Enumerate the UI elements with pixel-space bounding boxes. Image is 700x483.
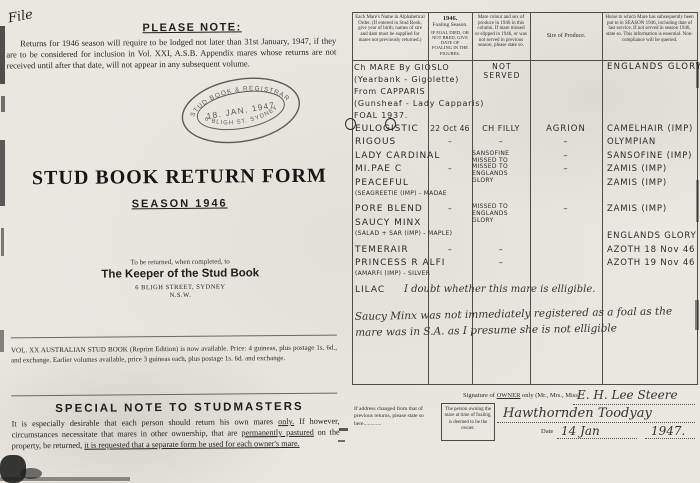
binding-mark	[1, 228, 4, 256]
mare-stallion: ZAMIS (IMP)	[602, 164, 697, 174]
date-received-stamp: STUD BOOK & REGISTRAR 6 BLIGH ST. SYDNEY…	[174, 68, 307, 154]
mare-sire: –	[530, 204, 602, 214]
mare-name: PORE BLEND	[352, 204, 428, 214]
mare-stallion: AZOTH 19 Nov 46	[602, 258, 697, 268]
mare-stallion: AZOTH 18 Nov 46	[602, 245, 697, 255]
first-entry-line2: (Yearbank - Gigolette)	[354, 74, 474, 86]
saucy-minx-note: Saucy Minx was not immediately registere…	[355, 303, 692, 341]
header-foaling-label: Foaling Season.	[431, 22, 469, 28]
edge-mark	[696, 62, 699, 88]
special-note-part1: It is especially desirable that each per…	[12, 417, 279, 428]
mare-row: (AMARFI (IMP) - SILVER	[352, 271, 697, 284]
volume-availability-note: VOL. XX AUSTRALIAN STUD BOOK (Reprint Ed…	[11, 343, 337, 366]
mare-row: RIGOUS–––OLYMPIAN	[352, 137, 697, 150]
mare-row: LADY CARDINALSANSOFINE MISSED TO–SANSOFI…	[352, 151, 697, 164]
mare-row: MI.PAE C–MISSED TO ENGLANDS GLORY–ZAMIS …	[352, 164, 697, 177]
mare-eligibility-note: I doubt whether this mare is elligible.	[404, 284, 595, 295]
mare-row: PRINCESS R ALFI–AZOTH 19 Nov 46	[352, 258, 697, 271]
mare-stallion: OLYMPIAN	[602, 137, 697, 147]
header-sire: Sire of Produce.	[531, 13, 601, 59]
first-entry-line1: Ch MARE By GIOSLO	[354, 62, 474, 74]
edge-mark	[696, 180, 699, 222]
mare-produce: –	[472, 137, 530, 146]
header-produce: Mare colour and sex of produce in 1946 i…	[473, 13, 529, 59]
owner-address: Hawthornden Toodyay	[503, 406, 652, 421]
state-line: N.S.W.	[8, 291, 340, 301]
date-value: 14 Jan	[561, 424, 600, 438]
left-page: File PLEASE NOTE: Returns for 1946 seaso…	[0, 0, 345, 483]
special-note-heading: SPECIAL NOTE TO STUDMASTERS	[9, 401, 341, 416]
mare-stallion: ENGLANDS GLORY (IMP)	[602, 231, 697, 241]
special-note-underline1: only.	[278, 417, 294, 426]
gutter-mark	[338, 440, 345, 442]
date-dotted-line	[557, 438, 637, 439]
mare-sire: –	[530, 151, 602, 161]
edge-mark	[695, 300, 699, 330]
mare-stallion: ZAMIS (IMP)	[602, 204, 697, 214]
gutter-mark	[339, 428, 348, 431]
first-entry-name-block: Ch MARE By GIOSLO (Yearbank - Gigolette)…	[354, 62, 474, 122]
divider-rule-top	[11, 335, 337, 339]
right-page: Each Mare's Name in Alphabetical Order. …	[345, 0, 700, 483]
mare-row: SAUCY MINX	[352, 218, 697, 231]
year-dotted-line	[645, 438, 695, 439]
stamp-ellipse-icon: STUD BOOK & REGISTRAR 6 BLIGH ST. SYDNEY…	[174, 68, 307, 154]
season-subtitle: SEASON 1946	[8, 197, 340, 212]
mare-row: TEMERAIR––AZOTH 18 Nov 46	[352, 245, 697, 258]
mare-name: SAUCY MINX	[352, 218, 428, 228]
mare-foaled: –	[428, 164, 472, 173]
special-note-body: It is especially desirable that each per…	[12, 416, 340, 452]
table-hline-header	[352, 60, 698, 61]
binding-mark	[1, 96, 5, 112]
keeper-line: The Keeper of the Stud Book	[8, 267, 340, 282]
table-hline-footer	[352, 384, 698, 385]
mare-row: (SEAGREETIE (IMP) - MADAE	[352, 191, 697, 204]
first-entry-line4: (Gunsheaf - Lady Capparis)	[354, 98, 474, 110]
header-foaling-season: 1946. Foaling Season. IF FOAL DIED, OR N…	[429, 13, 471, 59]
mare-rows: EULOGISTIC22 Oct 46CH FILLYAGRIONCAMELHA…	[352, 124, 697, 298]
mare-row: PEACEFULZAMIS (IMP)	[352, 178, 697, 191]
bottom-streak	[0, 477, 130, 481]
mare-sire: –	[530, 137, 602, 147]
first-entry-produce: NOT SERVED	[473, 62, 531, 80]
mare-stallion: CAMELHAIR (IMP)	[602, 124, 697, 134]
mare-stallion: SANSOFINE (IMP)	[602, 151, 697, 161]
header-foaling-smallprint: IF FOAL DIED, OR NOT BRED, GIVE DATE OF …	[431, 30, 469, 56]
mare-name: MI.PAE C	[352, 164, 428, 174]
special-note-underline3: it is requested that a separate form be …	[84, 439, 299, 450]
special-note-underline2: permanently pastured	[241, 428, 314, 438]
first-entry-line3: From CAPPARIS	[354, 86, 474, 98]
mare-name: (AMARFI (IMP) - SILVER	[352, 271, 428, 278]
signature-label-owner: OWNER	[497, 392, 521, 399]
divider-rule-bottom	[11, 393, 337, 397]
mare-name: (SALAD + SAR (IMP) - MAPLE)	[352, 231, 428, 238]
mare-row: (SALAD + SAR (IMP) - MAPLE)ENGLANDS GLOR…	[352, 231, 697, 244]
form-title: STUD BOOK RETURN FORM	[7, 165, 339, 191]
signature-dotted-line	[573, 404, 695, 405]
return-instruction: To be returned, when completed, to	[8, 257, 340, 268]
please-note-heading: PLEASE NOTE:	[6, 21, 338, 36]
signature-label-pre: Signature of	[463, 392, 497, 399]
header-mare-name: Each Mare's Name in Alphabetical Order. …	[353, 13, 427, 59]
signature-label: Signature of OWNER only (Mr., Mrs., Miss…	[463, 392, 580, 399]
signature-label-post: only (Mr., Mrs., Miss)	[520, 392, 580, 399]
mare-name: PEACEFUL	[352, 178, 428, 188]
mare-foaled: –	[428, 245, 472, 254]
date-label: Date	[541, 428, 553, 435]
mare-name: TEMERAIR	[352, 245, 428, 255]
mare-foaled: –	[428, 137, 472, 146]
mare-row: LILACI doubt whether this mare is elligi…	[352, 285, 697, 298]
binding-mark	[0, 140, 5, 206]
mare-name: LADY CARDINAL	[352, 151, 428, 161]
owner-definition-box: The person owning the mare at time of fo…	[441, 403, 495, 441]
mare-name: RIGOUS	[352, 137, 428, 147]
mare-foaled: 22 Oct 46	[428, 124, 472, 133]
mare-name: EULOGISTIC	[352, 124, 428, 134]
mare-row: PORE BLEND–MISSED TO ENGLANDS GLORY–ZAMI…	[352, 204, 697, 217]
mare-produce: –	[472, 245, 530, 254]
header-foaling-year: 1946.	[431, 15, 469, 22]
mare-produce: CH FILLY	[472, 124, 530, 133]
year-value: 1947.	[651, 424, 685, 438]
first-entry-stallion: ENGLANDS GLORY (IMP)	[607, 62, 700, 72]
address-change-note: If address changed from that of previous…	[354, 406, 438, 428]
mare-produce: –	[472, 258, 530, 267]
binding-mark	[0, 26, 5, 84]
owner-signature: E. H. Lee Steere	[577, 388, 678, 402]
mare-stallion: ZAMIS (IMP)	[602, 178, 697, 188]
binding-mark	[0, 330, 4, 352]
mare-name: PRINCESS R ALFI	[352, 258, 428, 268]
please-note-body: Returns for 1946 season will require to …	[6, 36, 336, 72]
mare-row: EULOGISTIC22 Oct 46CH FILLYAGRIONCAMELHA…	[352, 124, 697, 137]
mare-name: (SEAGREETIE (IMP) - MADAE	[352, 191, 428, 198]
first-entry-line5: FOAL 1937.	[354, 110, 474, 122]
mare-sire: AGRION	[530, 124, 602, 134]
header-stallion-put-to: Horse to which Mare has subsequently bee…	[603, 13, 696, 59]
mare-sire: –	[530, 164, 602, 174]
mare-foaled: –	[428, 204, 472, 213]
address-dotted-line	[497, 422, 695, 423]
